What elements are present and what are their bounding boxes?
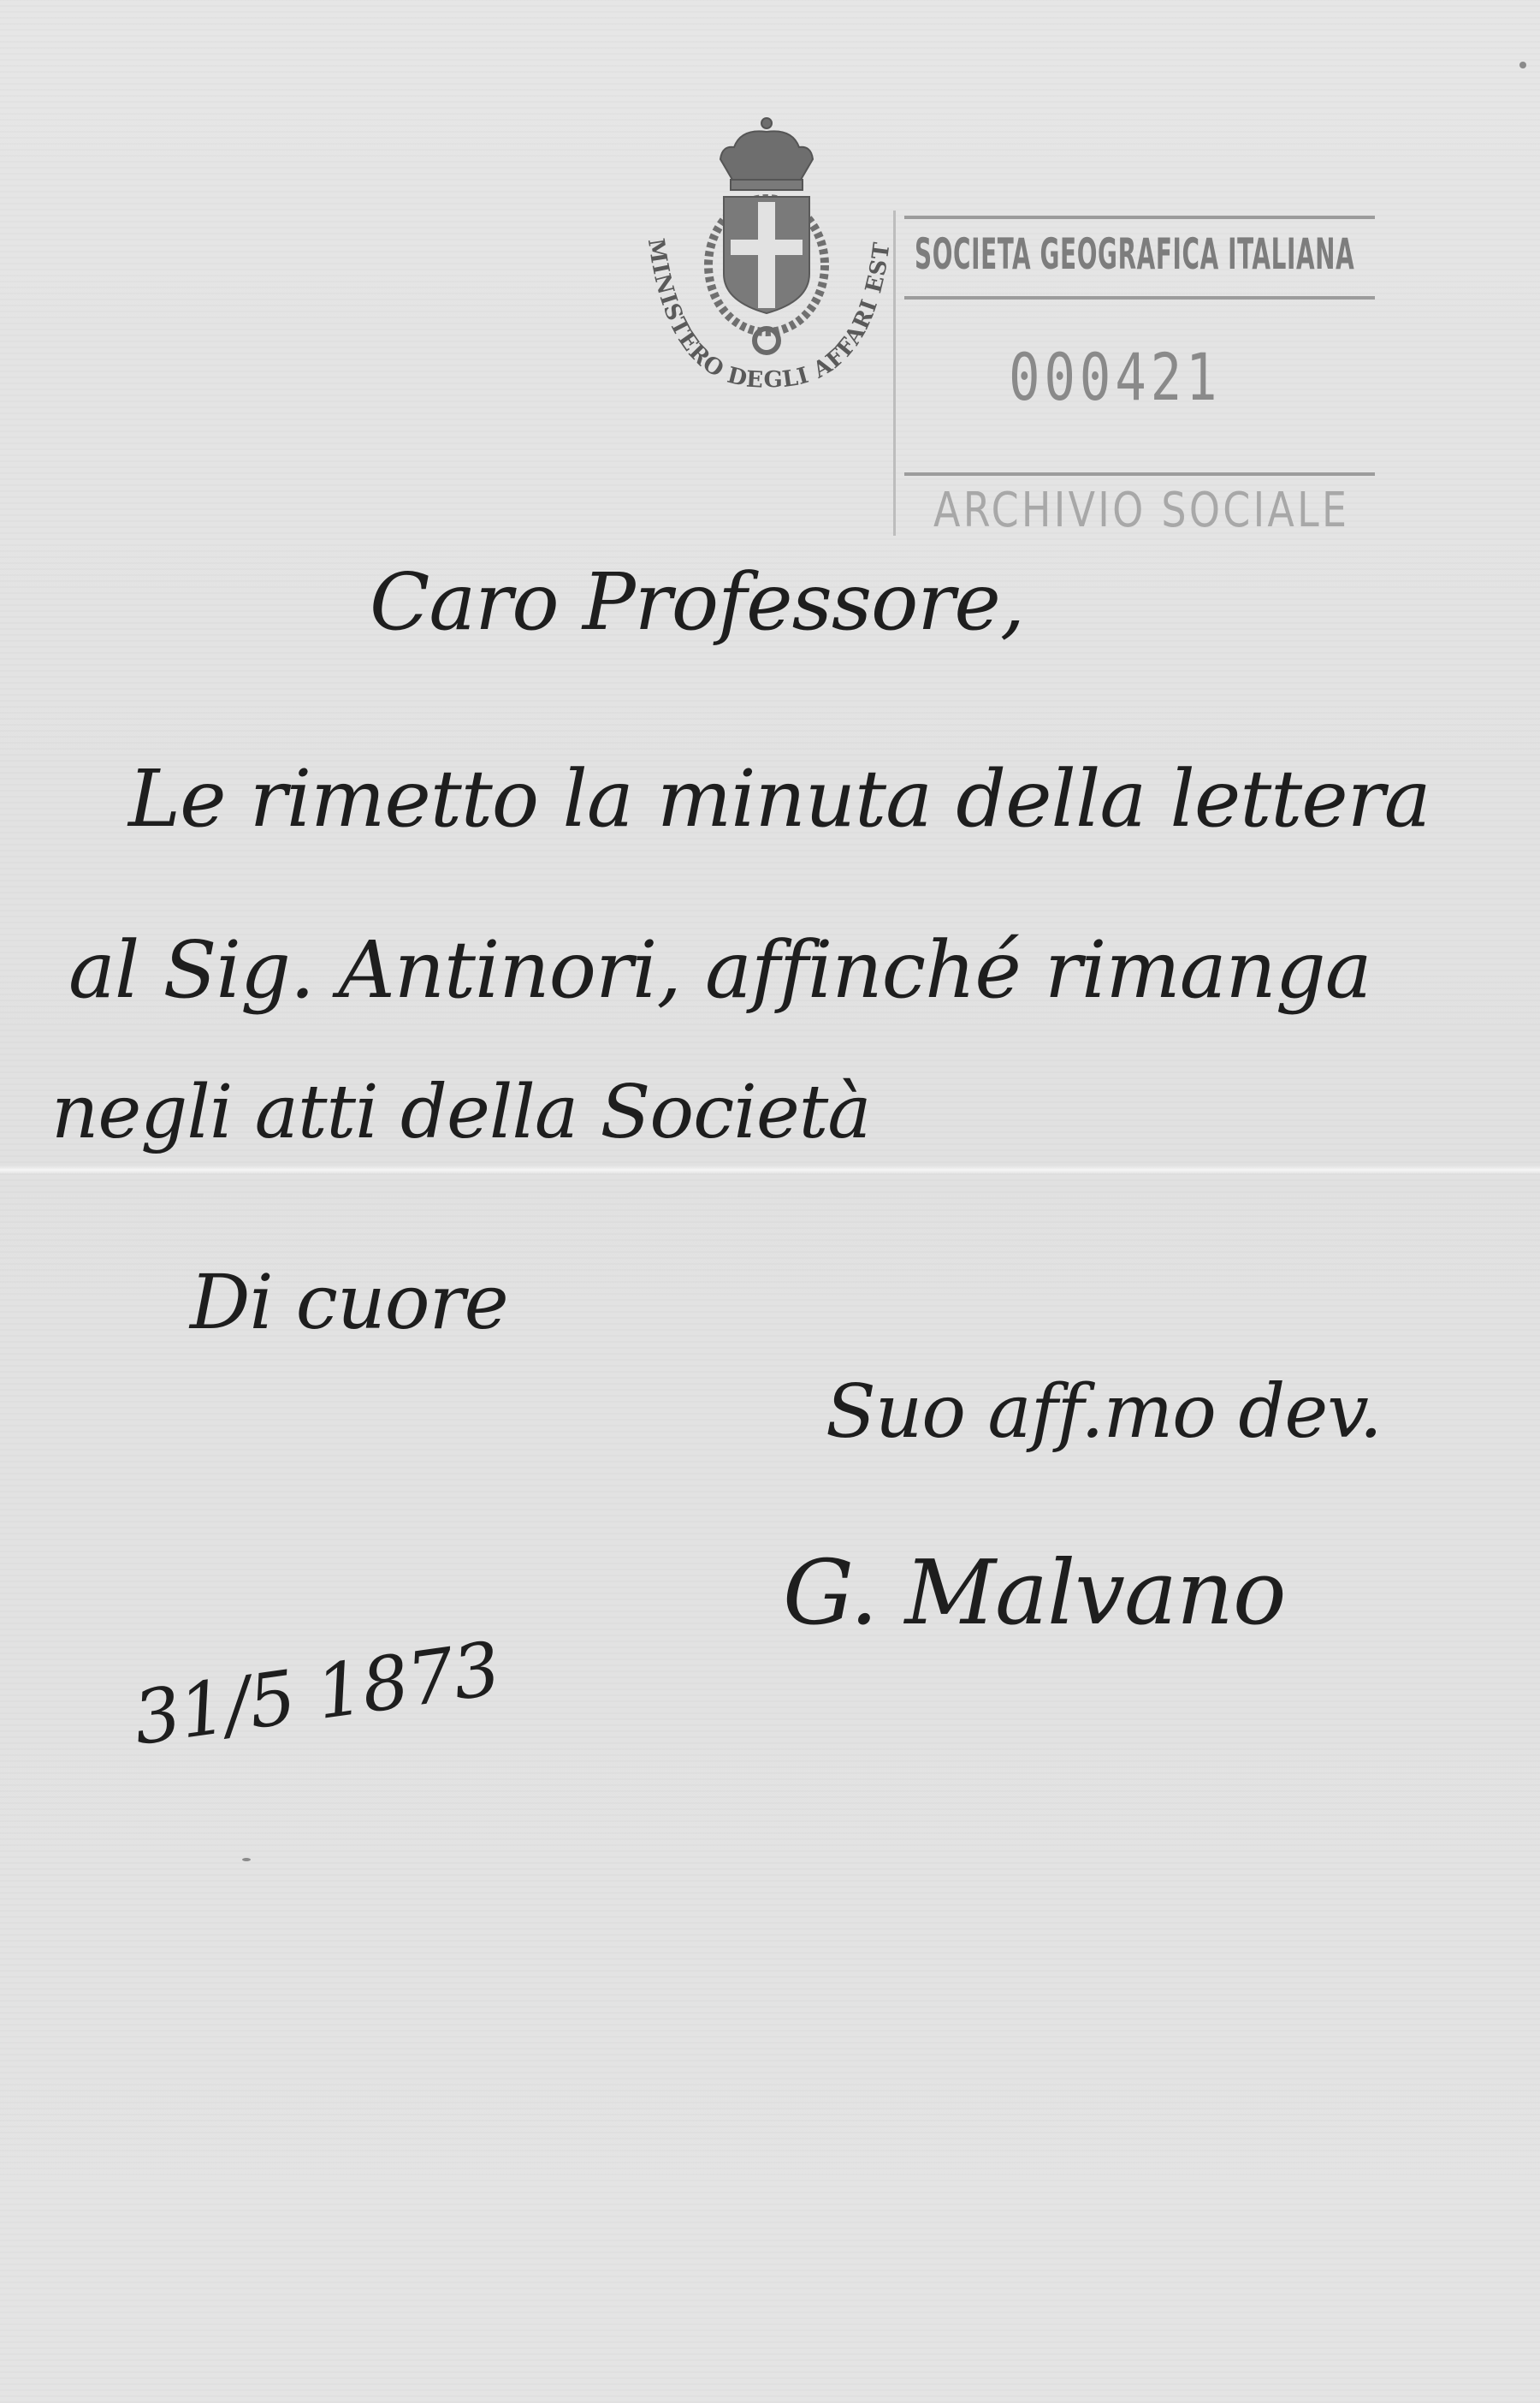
stamp-archive-number: 000421 [1009,339,1221,415]
letter-page: MINISTERO DEGLI AFFARI ESTERI SOCIETA GE… [0,0,1540,2403]
stamp-rule [904,296,1375,300]
paper-speck [1519,62,1526,68]
paper-fold-line [0,1166,1540,1174]
crown-shield-emblem-icon: MINISTERO DEGLI AFFARI ESTERI [633,111,907,394]
stamp-society-name: SOCIETA GEOGRAFICA ITALIANA [915,229,1354,279]
letterhead-crest: MINISTERO DEGLI AFFARI ESTERI [633,111,907,394]
letter-signature: G. Malvano [783,1540,1286,1645]
letter-closing: Di cuore [190,1258,508,1346]
letter-body-line: negli atti della Società [51,1070,871,1155]
archive-stamp: SOCIETA GEOGRAFICA ITALIANA 000421 ARCHI… [893,211,1375,536]
letter-body-line: Le rimetto la minuta della lettera [128,753,1430,845]
stamp-archive-label: ARCHIVIO SOCIALE [933,483,1349,538]
stamp-rule [904,472,1375,476]
letter-valediction: Suo aff.mo dev. [826,1369,1382,1455]
stamp-rule [904,216,1375,219]
paper-speck [242,1858,251,1861]
letter-body-line: al Sig. Antinori, affinché rimanga [68,924,1371,1016]
letter-salutation: Caro Professore, [370,556,1024,648]
letter-date: 31/5 1873 [128,1626,505,1762]
